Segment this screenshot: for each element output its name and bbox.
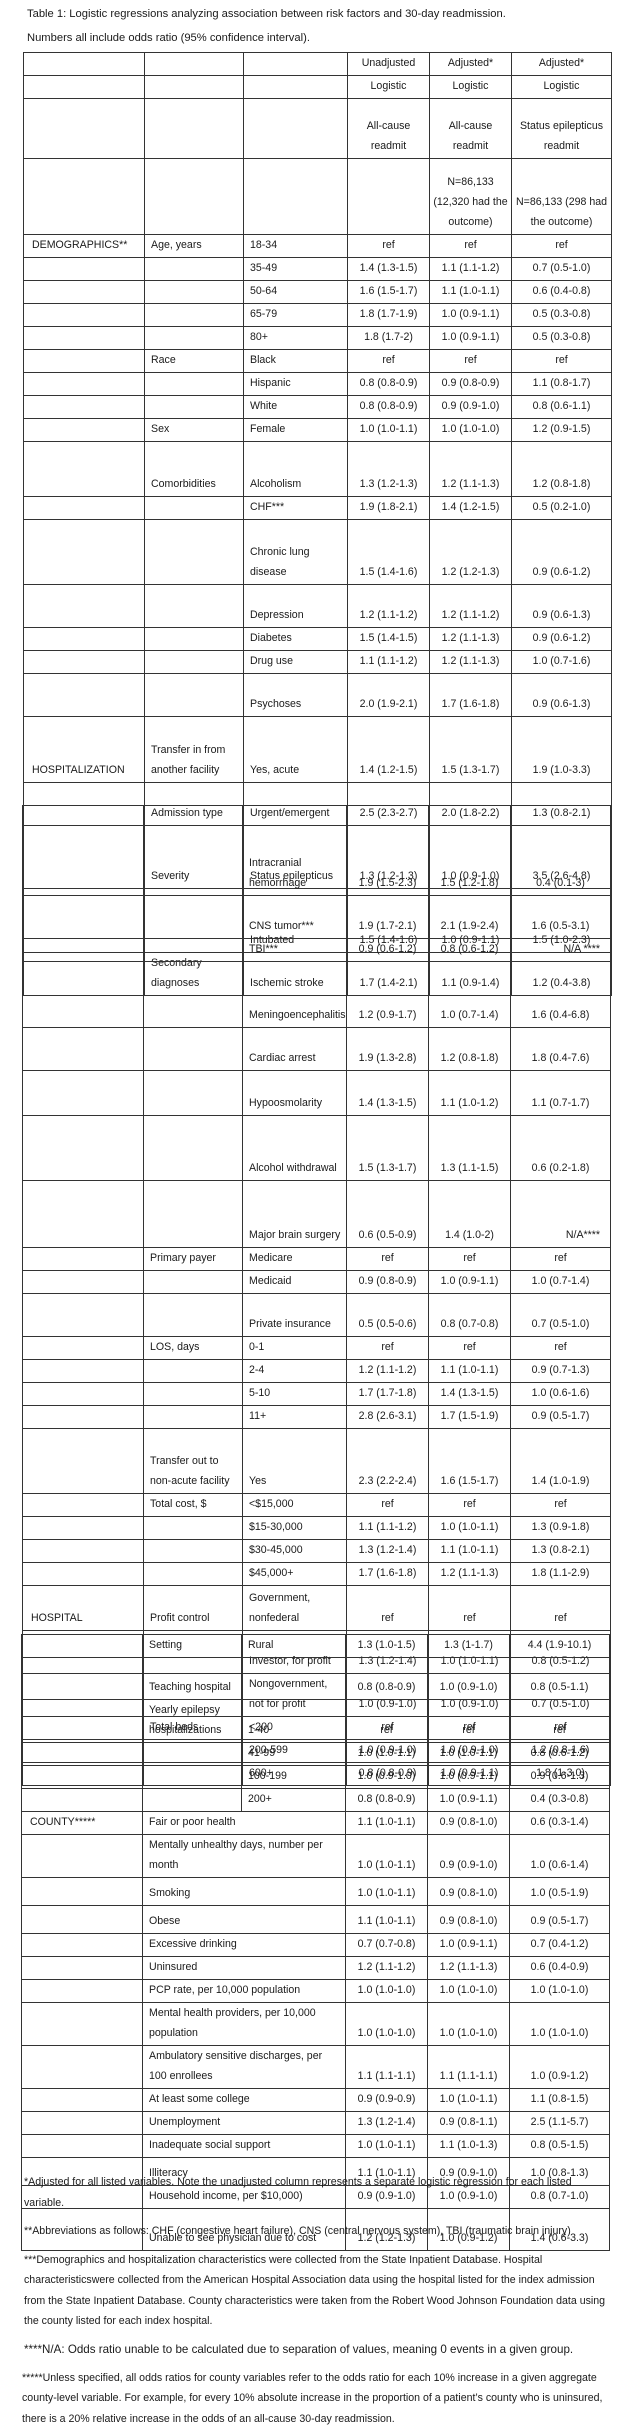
- adjusted-all-cause-or-cell: 0.9 (0.8-1.1): [428, 2112, 510, 2135]
- level-cell: Rural: [242, 1635, 346, 1658]
- variable-cell: [144, 1517, 243, 1540]
- variable-cell: [145, 651, 244, 674]
- unadjusted-or-cell: ref: [348, 350, 430, 373]
- table-row: 200+0.8 (0.8-0.9)1.0 (0.9-1.1)0.4 (0.3-0…: [22, 1789, 610, 1812]
- adjusted-status-epilepticus-or-cell: 1.8 (1.1-2.9): [511, 1563, 611, 1586]
- adjusted-status-epilepticus-or-cell: ref: [511, 1586, 611, 1631]
- table-row: Teaching hospital0.8 (0.8-0.9)1.0 (0.9-1…: [22, 1658, 610, 1700]
- adjusted-status-epilepticus-or-cell: 0.8 (0.5-1.1): [510, 1658, 610, 1700]
- level-cell: Medicaid: [243, 1271, 347, 1294]
- unadjusted-or-cell: 1.2 (1.1-1.2): [347, 1360, 429, 1383]
- level-cell: 11+: [243, 1406, 347, 1429]
- footnotes: *Adjusted for all listed variables. Note…: [24, 2172, 614, 2434]
- variable-cell: [145, 327, 244, 350]
- table-row: At least some college0.9 (0.9-0.9)1.0 (1…: [22, 2089, 610, 2112]
- adjusted-status-epilepticus-or-cell: 1.3 (0.8-2.1): [511, 1540, 611, 1563]
- table-row: Obese1.1 (1.0-1.1)0.9 (0.8-1.0)0.9 (0.5-…: [22, 1906, 610, 1934]
- adjusted-all-cause-or-cell: 1.0 (1.0-1.1): [428, 2089, 510, 2112]
- adjusted-status-epilepticus-or-cell: 0.9 (0.6-1.2): [512, 520, 612, 585]
- table-row: Excessive drinking0.7 (0.7-0.8)1.0 (0.9-…: [22, 1934, 610, 1957]
- header-blank-cell: [145, 99, 244, 159]
- variable-cell: [144, 1071, 243, 1116]
- variable-cell: [145, 258, 244, 281]
- adjusted-all-cause-or-cell: 1.1 (1.0-1.1): [429, 1540, 511, 1563]
- unadjusted-or-cell: 1.3 (1.2-1.3): [348, 442, 430, 497]
- adjusted-status-epilepticus-or-cell: 0.8 (0.6-1.2): [510, 1743, 610, 1766]
- column-header: Logistic: [348, 76, 430, 99]
- variable-cell: Mentally unhealthy days, number per mont…: [143, 1835, 346, 1878]
- table-row: $45,000+1.7 (1.6-1.8)1.2 (1.1-1.3)1.8 (1…: [23, 1563, 611, 1586]
- table-row: 65-791.8 (1.7-1.9)1.0 (0.9-1.1)0.5 (0.3-…: [24, 304, 612, 327]
- level-cell: Yes, acute: [244, 717, 348, 783]
- adjusted-all-cause-or-cell: 0.9 (0.8-1.0): [428, 1812, 510, 1835]
- variable-cell: [145, 396, 244, 419]
- unadjusted-or-cell: 0.7 (0.7-0.8): [346, 1934, 428, 1957]
- variable-cell: [145, 674, 244, 717]
- level-cell: Intracranial hemorrhage: [243, 806, 347, 896]
- category-cell: [23, 1071, 144, 1116]
- category-cell: [23, 1181, 144, 1248]
- category-cell: [24, 281, 145, 304]
- adjusted-all-cause-or-cell: 1.0 (1.0-1.1): [428, 1743, 510, 1766]
- unadjusted-or-cell: 1.7 (1.7-1.8): [347, 1383, 429, 1406]
- level-cell: Hispanic: [244, 373, 348, 396]
- category-cell: [23, 962, 144, 1028]
- table-row: Smoking1.0 (1.0-1.1)0.9 (0.8-1.0)1.0 (0.…: [22, 1878, 610, 1906]
- level-cell: CHF***: [244, 497, 348, 520]
- variable-cell: Inadequate social support: [143, 2135, 346, 2158]
- unadjusted-or-cell: 1.1 (1.0-1.1): [346, 1906, 428, 1934]
- level-cell: Private insurance: [243, 1294, 347, 1337]
- adjusted-all-cause-or-cell: 0.9 (0.8-1.0): [428, 1878, 510, 1906]
- header-row: All-cause readmitAll-cause readmitStatus…: [24, 99, 612, 159]
- category-cell: COUNTY*****: [22, 1812, 143, 1835]
- unadjusted-or-cell: 0.8 (0.8-0.9): [348, 373, 430, 396]
- level-cell: Cardiac arrest: [243, 1028, 347, 1071]
- unadjusted-or-cell: 1.1 (1.1-1.1): [346, 2046, 428, 2089]
- adjusted-all-cause-or-cell: 1.0 (0.9-1.1): [428, 1766, 510, 1789]
- unadjusted-or-cell: 2.3 (2.2-2.4): [347, 1429, 429, 1494]
- variable-cell: [144, 962, 243, 1028]
- caption-line-2: Numbers all include odds ratio (95% conf…: [27, 26, 617, 50]
- adjusted-all-cause-or-cell: ref: [429, 1494, 511, 1517]
- category-cell: [24, 258, 145, 281]
- variable-cell: Sex: [145, 419, 244, 442]
- variable-cell: Uninsured: [143, 1957, 346, 1980]
- category-cell: [24, 497, 145, 520]
- table-row: Unemployment1.3 (1.2-1.4)0.9 (0.8-1.1)2.…: [22, 2112, 610, 2135]
- unadjusted-or-cell: 2.0 (1.9-2.1): [348, 674, 430, 717]
- variable-cell: [143, 1743, 242, 1766]
- table-row: PCP rate, per 10,000 population1.0 (1.0-…: [22, 1980, 610, 2003]
- variable-cell: [145, 520, 244, 585]
- adjusted-all-cause-or-cell: ref: [430, 350, 512, 373]
- table-row: Drug use1.1 (1.1-1.2)1.2 (1.1-1.3)1.0 (0…: [24, 651, 612, 674]
- variable-cell: [144, 806, 243, 896]
- adjusted-all-cause-or-cell: 1.1 (1.1-1.2): [430, 258, 512, 281]
- unadjusted-or-cell: 2.8 (2.6-3.1): [347, 1406, 429, 1429]
- unadjusted-or-cell: 0.8 (0.8-0.9): [348, 396, 430, 419]
- adjusted-status-epilepticus-or-cell: N/A****: [511, 1181, 611, 1248]
- unadjusted-or-cell: 1.4 (1.3-1.5): [348, 258, 430, 281]
- adjusted-all-cause-or-cell: 1.2 (1.1-1.3): [430, 651, 512, 674]
- variable-cell: Ambulatory sensitive discharges, per 100…: [143, 2046, 346, 2089]
- adjusted-status-epilepticus-or-cell: 0.5 (0.2-1.0): [512, 497, 612, 520]
- table-row: Alcohol withdrawal1.5 (1.3-1.7)1.3 (1.1-…: [23, 1116, 611, 1181]
- unadjusted-or-cell: 1.4 (1.2-1.5): [348, 717, 430, 783]
- level-cell: 1-40: [242, 1700, 346, 1743]
- table-row: CHF***1.9 (1.8-2.1)1.4 (1.2-1.5)0.5 (0.2…: [24, 497, 612, 520]
- unadjusted-or-cell: 1.7 (1.6-1.8): [347, 1563, 429, 1586]
- adjusted-all-cause-or-cell: 1.4 (1.2-1.5): [430, 497, 512, 520]
- column-header: All-cause readmit: [430, 99, 512, 159]
- unadjusted-or-cell: 1.0 (1.0-1.1): [346, 1743, 428, 1766]
- adjusted-status-epilepticus-or-cell: ref: [511, 1248, 611, 1271]
- adjusted-status-epilepticus-or-cell: 1.6 (0.5-3.1): [511, 896, 611, 939]
- adjusted-all-cause-or-cell: 1.4 (1.3-1.5): [429, 1383, 511, 1406]
- adjusted-all-cause-or-cell: 1.0 (1.0-1.1): [429, 1517, 511, 1540]
- adjusted-all-cause-or-cell: 1.0 (0.9-1.1): [428, 1934, 510, 1957]
- category-cell: [22, 1835, 143, 1878]
- variable-cell: PCP rate, per 10,000 population: [143, 1980, 346, 2003]
- adjusted-all-cause-or-cell: 1.2 (1.1-1.2): [430, 585, 512, 628]
- header-row: N=86,133 (12,320 had the outcome)N=86,13…: [24, 159, 612, 235]
- adjusted-all-cause-or-cell: 0.9 (0.9-1.0): [430, 396, 512, 419]
- unadjusted-or-cell: 1.5 (1.4-1.5): [348, 628, 430, 651]
- table-row: Cardiac arrest1.9 (1.3-2.8)1.2 (0.8-1.8)…: [23, 1028, 611, 1071]
- level-cell: 41-99: [242, 1743, 346, 1766]
- category-cell: [22, 2003, 143, 2046]
- category-cell: [22, 1658, 143, 1700]
- category-cell: [23, 896, 144, 939]
- adjusted-all-cause-or-cell: ref: [430, 235, 512, 258]
- level-cell: 200+: [242, 1789, 346, 1812]
- table-row: Ambulatory sensitive discharges, per 100…: [22, 2046, 610, 2089]
- header-blank-cell: [24, 159, 145, 235]
- category-cell: [22, 1635, 143, 1658]
- adjusted-status-epilepticus-or-cell: 1.1 (0.8-1.7): [512, 373, 612, 396]
- table-row: Private insurance0.5 (0.5-0.6)0.8 (0.7-0…: [23, 1294, 611, 1337]
- level-cell: Diabetes: [244, 628, 348, 651]
- category-cell: [23, 1271, 144, 1294]
- table-row: Medicaid0.9 (0.8-0.9)1.0 (0.9-1.1)1.0 (0…: [23, 1271, 611, 1294]
- variable-cell: [145, 497, 244, 520]
- adjusted-all-cause-or-cell: 0.8 (0.6-1.2): [429, 939, 511, 962]
- adjusted-status-epilepticus-or-cell: 0.4 (0.1-3): [511, 806, 611, 896]
- column-header: N=86,133 (298 had the outcome): [512, 159, 612, 235]
- adjusted-all-cause-or-cell: 1.0 (0.7-1.4): [429, 962, 511, 1028]
- header-blank-cell: [244, 76, 348, 99]
- variable-cell: Transfer in from another facility: [145, 717, 244, 783]
- table-row: Primary payerMedicarerefrefref: [23, 1248, 611, 1271]
- adjusted-status-epilepticus-or-cell: 0.7 (0.5-1.0): [512, 258, 612, 281]
- level-cell: Depression: [244, 585, 348, 628]
- table-row: $30-45,0001.3 (1.2-1.4)1.1 (1.0-1.1)1.3 …: [23, 1540, 611, 1563]
- level-cell: Black: [244, 350, 348, 373]
- variable-cell: [144, 939, 243, 962]
- category-cell: [23, 1248, 144, 1271]
- column-header: Status epilepticus readmit: [512, 99, 612, 159]
- table-row: White0.8 (0.8-0.9)0.9 (0.9-1.0)0.8 (0.6-…: [24, 396, 612, 419]
- adjusted-all-cause-or-cell: 1.1 (1.0-1.2): [429, 1071, 511, 1116]
- level-cell: TBI***: [243, 939, 347, 962]
- level-cell: Government, nonfederal: [243, 1586, 347, 1631]
- variable-cell: [145, 281, 244, 304]
- table-row: Major brain surgery0.6 (0.5-0.9)1.4 (1.0…: [23, 1181, 611, 1248]
- category-cell: [23, 1337, 144, 1360]
- adjusted-status-epilepticus-or-cell: 1.8 (0.4-7.6): [511, 1028, 611, 1071]
- adjusted-status-epilepticus-or-cell: 1.6 (0.4-6.8): [511, 962, 611, 1028]
- table-row: Total cost, $<$15,000refrefref: [23, 1494, 611, 1517]
- adjusted-all-cause-or-cell: 0.9 (0.9-1.0): [428, 1835, 510, 1878]
- variable-cell: [144, 896, 243, 939]
- category-cell: [22, 1700, 143, 1743]
- variable-cell: Yearly epilepsy hospitalizations: [143, 1700, 242, 1743]
- category-cell: [23, 1540, 144, 1563]
- unadjusted-or-cell: 1.5 (1.3-1.7): [347, 1116, 429, 1181]
- adjusted-status-epilepticus-or-cell: 1.0 (0.7-1.4): [511, 1271, 611, 1294]
- unadjusted-or-cell: 1.3 (1.2-1.4): [347, 1540, 429, 1563]
- header-row: LogisticLogisticLogistic: [24, 76, 612, 99]
- table-row: LOS, days0-1refrefref: [23, 1337, 611, 1360]
- header-row: UnadjustedAdjusted*Adjusted*: [24, 53, 612, 76]
- table-row: Chronic lung disease1.5 (1.4-1.6)1.2 (1.…: [24, 520, 612, 585]
- level-cell: 80+: [244, 327, 348, 350]
- adjusted-status-epilepticus-or-cell: 0.6 (0.3-1.4): [510, 1812, 610, 1835]
- level-cell: 2-4: [243, 1360, 347, 1383]
- category-cell: [23, 1028, 144, 1071]
- adjusted-status-epilepticus-or-cell: 0.9 (0.6-1.2): [512, 628, 612, 651]
- adjusted-all-cause-or-cell: 1.1 (1.0-1.1): [429, 1360, 511, 1383]
- variable-cell: [144, 1383, 243, 1406]
- category-cell: [23, 1494, 144, 1517]
- unadjusted-or-cell: 1.9 (1.7-2.1): [347, 896, 429, 939]
- variable-cell: LOS, days: [144, 1337, 243, 1360]
- category-cell: [22, 2046, 143, 2089]
- variable-cell: Smoking: [143, 1878, 346, 1906]
- adjusted-status-epilepticus-or-cell: 0.8 (0.6-1.1): [512, 396, 612, 419]
- footnote-data-sources: ***Demographics and hospitalization char…: [24, 2250, 614, 2332]
- category-cell: [23, 1563, 144, 1586]
- level-cell: 50-64: [244, 281, 348, 304]
- variable-cell: [144, 1406, 243, 1429]
- adjusted-status-epilepticus-or-cell: 1.0 (0.9-1.2): [510, 2046, 610, 2089]
- adjusted-status-epilepticus-or-cell: 0.6 (0.2-1.8): [511, 1116, 611, 1181]
- category-cell: [23, 1517, 144, 1540]
- adjusted-all-cause-or-cell: 1.1 (1.0-1.1): [430, 281, 512, 304]
- category-cell: [22, 1743, 143, 1766]
- unadjusted-or-cell: 1.9 (1.3-2.8): [347, 1028, 429, 1071]
- column-header: All-cause readmit: [348, 99, 430, 159]
- level-cell: [242, 1658, 346, 1700]
- variable-cell: Mental health providers, per 10,000 popu…: [143, 2003, 346, 2046]
- adjusted-status-epilepticus-or-cell: 4.4 (1.9-10.1): [510, 1635, 610, 1658]
- table-row: 11+2.8 (2.6-3.1)1.7 (1.5-1.9)0.9 (0.5-1.…: [23, 1406, 611, 1429]
- table-row: 2-41.2 (1.1-1.2)1.1 (1.0-1.1)0.9 (0.7-1.…: [23, 1360, 611, 1383]
- unadjusted-or-cell: ref: [347, 1248, 429, 1271]
- adjusted-status-epilepticus-or-cell: 0.9 (0.7-1.3): [511, 1360, 611, 1383]
- variable-cell: Profit control: [144, 1586, 243, 1631]
- adjusted-status-epilepticus-or-cell: 1.3 (0.9-1.8): [511, 1517, 611, 1540]
- category-cell: [23, 1383, 144, 1406]
- variable-cell: Excessive drinking: [143, 1934, 346, 1957]
- adjusted-all-cause-or-cell: 1.2 (1.2-1.3): [430, 520, 512, 585]
- table-row: ComorbiditiesAlcoholism1.3 (1.2-1.3)1.2 …: [24, 442, 612, 497]
- unadjusted-or-cell: 1.0 (1.0-1.0): [346, 2003, 428, 2046]
- table-row: RaceBlackrefrefref: [24, 350, 612, 373]
- adjusted-all-cause-or-cell: ref: [429, 1248, 511, 1271]
- level-cell: Chronic lung disease: [244, 520, 348, 585]
- adjusted-all-cause-or-cell: 1.1 (1.1-1.1): [428, 2046, 510, 2089]
- adjusted-all-cause-or-cell: 1.0 (0.9-1.0): [428, 1658, 510, 1700]
- adjusted-status-epilepticus-or-cell: 1.1 (0.7-1.7): [511, 1071, 611, 1116]
- variable-cell: Transfer out to non-acute facility: [144, 1429, 243, 1494]
- unadjusted-or-cell: 0.5 (0.5-0.6): [347, 1294, 429, 1337]
- unadjusted-or-cell: 0.9 (0.9-0.9): [346, 2089, 428, 2112]
- adjusted-status-epilepticus-or-cell: ref: [512, 235, 612, 258]
- category-cell: [22, 2112, 143, 2135]
- unadjusted-or-cell: 1.0 (0.9-1.0): [346, 1766, 428, 1789]
- category-cell: [22, 2135, 143, 2158]
- variable-cell: Comorbidities: [145, 442, 244, 497]
- header-blank-cell: [244, 99, 348, 159]
- adjusted-all-cause-or-cell: 1.0 (0.9-1.1): [430, 327, 512, 350]
- category-cell: [23, 1429, 144, 1494]
- unadjusted-or-cell: ref: [348, 235, 430, 258]
- level-cell: $30-45,000: [243, 1540, 347, 1563]
- variable-cell: [144, 1540, 243, 1563]
- adjusted-status-epilepticus-or-cell: 0.5 (0.3-0.8): [512, 327, 612, 350]
- level-cell: Alcohol withdrawal: [243, 1116, 347, 1181]
- variable-cell: [145, 628, 244, 651]
- unadjusted-or-cell: 1.1 (1.0-1.1): [346, 1812, 428, 1835]
- adjusted-status-epilepticus-or-cell: 1.2 (0.8-1.8): [512, 442, 612, 497]
- unadjusted-or-cell: 1.8 (1.7-2): [348, 327, 430, 350]
- variable-cell: [144, 1181, 243, 1248]
- table-row: Psychoses2.0 (1.9-2.1)1.7 (1.6-1.8)0.9 (…: [24, 674, 612, 717]
- table-row: COUNTY*****Fair or poor health1.1 (1.0-1…: [22, 1812, 610, 1835]
- variable-cell: At least some college: [143, 2089, 346, 2112]
- category-cell: HOSPITAL: [23, 1586, 144, 1631]
- adjusted-all-cause-or-cell: 0.9 (0.8-0.9): [430, 373, 512, 396]
- unadjusted-or-cell: ref: [347, 1337, 429, 1360]
- variable-cell: [145, 585, 244, 628]
- adjusted-all-cause-or-cell: ref: [428, 1700, 510, 1743]
- table-row: Yearly epilepsy hospitalizations1-40refr…: [22, 1700, 610, 1743]
- header-blank-cell: [145, 53, 244, 76]
- unadjusted-or-cell: 0.8 (0.8-0.9): [346, 1658, 428, 1700]
- unadjusted-or-cell: 0.6 (0.5-0.9): [347, 1181, 429, 1248]
- category-cell: [24, 304, 145, 327]
- level-cell: 5-10: [243, 1383, 347, 1406]
- adjusted-status-epilepticus-or-cell: N/A ****: [511, 939, 611, 962]
- category-cell: [22, 1878, 143, 1906]
- column-header: Adjusted*: [512, 53, 612, 76]
- footnote-na: ****N/A: Odds ratio unable to be calcula…: [24, 2340, 614, 2360]
- adjusted-all-cause-or-cell: 2.1 (1.9-2.4): [429, 896, 511, 939]
- adjusted-status-epilepticus-or-cell: 0.9 (0.5-1.7): [510, 1906, 610, 1934]
- variable-cell: Obese: [143, 1906, 346, 1934]
- table-row: SexFemale1.0 (1.0-1.1)1.0 (1.0-1.0)1.2 (…: [24, 419, 612, 442]
- adjusted-status-epilepticus-or-cell: 0.9 (0.6-1.3): [512, 674, 612, 717]
- adjusted-all-cause-or-cell: 1.7 (1.5-1.9): [429, 1406, 511, 1429]
- table-row: Depression1.2 (1.1-1.2)1.2 (1.1-1.2)0.9 …: [24, 585, 612, 628]
- category-cell: [22, 1766, 143, 1789]
- header-blank-cell: [24, 53, 145, 76]
- level-cell: White: [244, 396, 348, 419]
- adjusted-all-cause-or-cell: 1.0 (1.0-1.0): [428, 2003, 510, 2046]
- adjusted-all-cause-or-cell: 1.4 (1.0-2): [429, 1181, 511, 1248]
- caption-line-1: Table 1: Logistic regressions analyzing …: [27, 2, 617, 26]
- unadjusted-or-cell: ref: [347, 1586, 429, 1631]
- table-row: Diabetes1.5 (1.4-1.5)1.2 (1.1-1.3)0.9 (0…: [24, 628, 612, 651]
- unadjusted-or-cell: 0.9 (0.8-0.9): [347, 1271, 429, 1294]
- table-row: HOSPITALProfit controlGovernment, nonfed…: [23, 1586, 611, 1631]
- unadjusted-or-cell: 0.8 (0.8-0.9): [346, 1789, 428, 1812]
- table-row: Intracranial hemorrhage1.9 (1.5-2.3)1.5 …: [23, 806, 611, 896]
- table-row: Hispanic0.8 (0.8-0.9)0.9 (0.8-0.9)1.1 (0…: [24, 373, 612, 396]
- unadjusted-or-cell: 1.6 (1.5-1.7): [348, 281, 430, 304]
- unadjusted-or-cell: ref: [346, 1700, 428, 1743]
- level-cell: 35-49: [244, 258, 348, 281]
- table-row: Mentally unhealthy days, number per mont…: [22, 1835, 610, 1878]
- category-cell: HOSPITALIZATION: [24, 717, 145, 783]
- category-cell: [24, 442, 145, 497]
- unadjusted-or-cell: 1.0 (1.0-1.1): [348, 419, 430, 442]
- category-cell: [22, 1934, 143, 1957]
- unadjusted-or-cell: 1.2 (0.9-1.7): [347, 962, 429, 1028]
- results-table-part-3: SettingRural1.3 (1.0-1.5)1.3 (1-1.7)4.4 …: [21, 1634, 610, 2251]
- adjusted-status-epilepticus-or-cell: 0.6 (0.4-0.9): [510, 1957, 610, 1980]
- table-row: 50-641.6 (1.5-1.7)1.1 (1.0-1.1)0.6 (0.4-…: [24, 281, 612, 304]
- level-cell: Major brain surgery: [243, 1181, 347, 1248]
- variable-cell: Setting: [143, 1635, 242, 1658]
- variable-cell: Fair or poor health: [143, 1812, 346, 1835]
- column-header: N=86,133 (12,320 had the outcome): [430, 159, 512, 235]
- footnote-county: *****Unless specified, all odds ratios f…: [22, 2368, 614, 2430]
- category-cell: [24, 520, 145, 585]
- variable-cell: [144, 1563, 243, 1586]
- adjusted-status-epilepticus-or-cell: 0.4 (0.3-0.8): [510, 1789, 610, 1812]
- adjusted-status-epilepticus-or-cell: 0.8 (0.5-1.5): [510, 2135, 610, 2158]
- table-row: TBI***0.9 (0.6-1.2)0.8 (0.6-1.2)N/A ****: [23, 939, 611, 962]
- level-cell: Alcoholism: [244, 442, 348, 497]
- adjusted-all-cause-or-cell: ref: [429, 1586, 511, 1631]
- table-caption: Table 1: Logistic regressions analyzing …: [27, 2, 617, 50]
- header-blank-cell: [24, 99, 145, 159]
- variable-cell: [144, 1360, 243, 1383]
- header-blank-cell: [145, 76, 244, 99]
- header-blank-cell: [145, 159, 244, 235]
- header-blank-cell: [24, 76, 145, 99]
- category-cell: [22, 1906, 143, 1934]
- category-cell: [22, 1789, 143, 1812]
- column-header: Unadjusted: [348, 53, 430, 76]
- adjusted-all-cause-or-cell: 1.3 (1.1-1.5): [429, 1116, 511, 1181]
- adjusted-all-cause-or-cell: 1.6 (1.5-1.7): [429, 1429, 511, 1494]
- table-row: Inadequate social support1.0 (1.0-1.1)1.…: [22, 2135, 610, 2158]
- variable-cell: Total cost, $: [144, 1494, 243, 1517]
- category-cell: [23, 1360, 144, 1383]
- adjusted-status-epilepticus-or-cell: ref: [511, 1337, 611, 1360]
- unadjusted-or-cell: 0.9 (0.6-1.2): [347, 939, 429, 962]
- header-blank-cell: [244, 53, 348, 76]
- adjusted-status-epilepticus-or-cell: 1.0 (0.6-1.4): [510, 1835, 610, 1878]
- unadjusted-or-cell: 1.1 (1.1-1.2): [348, 651, 430, 674]
- adjusted-status-epilepticus-or-cell: 1.0 (0.5-1.9): [510, 1878, 610, 1906]
- category-cell: [24, 350, 145, 373]
- table-row: 5-101.7 (1.7-1.8)1.4 (1.3-1.5)1.0 (0.6-1…: [23, 1383, 611, 1406]
